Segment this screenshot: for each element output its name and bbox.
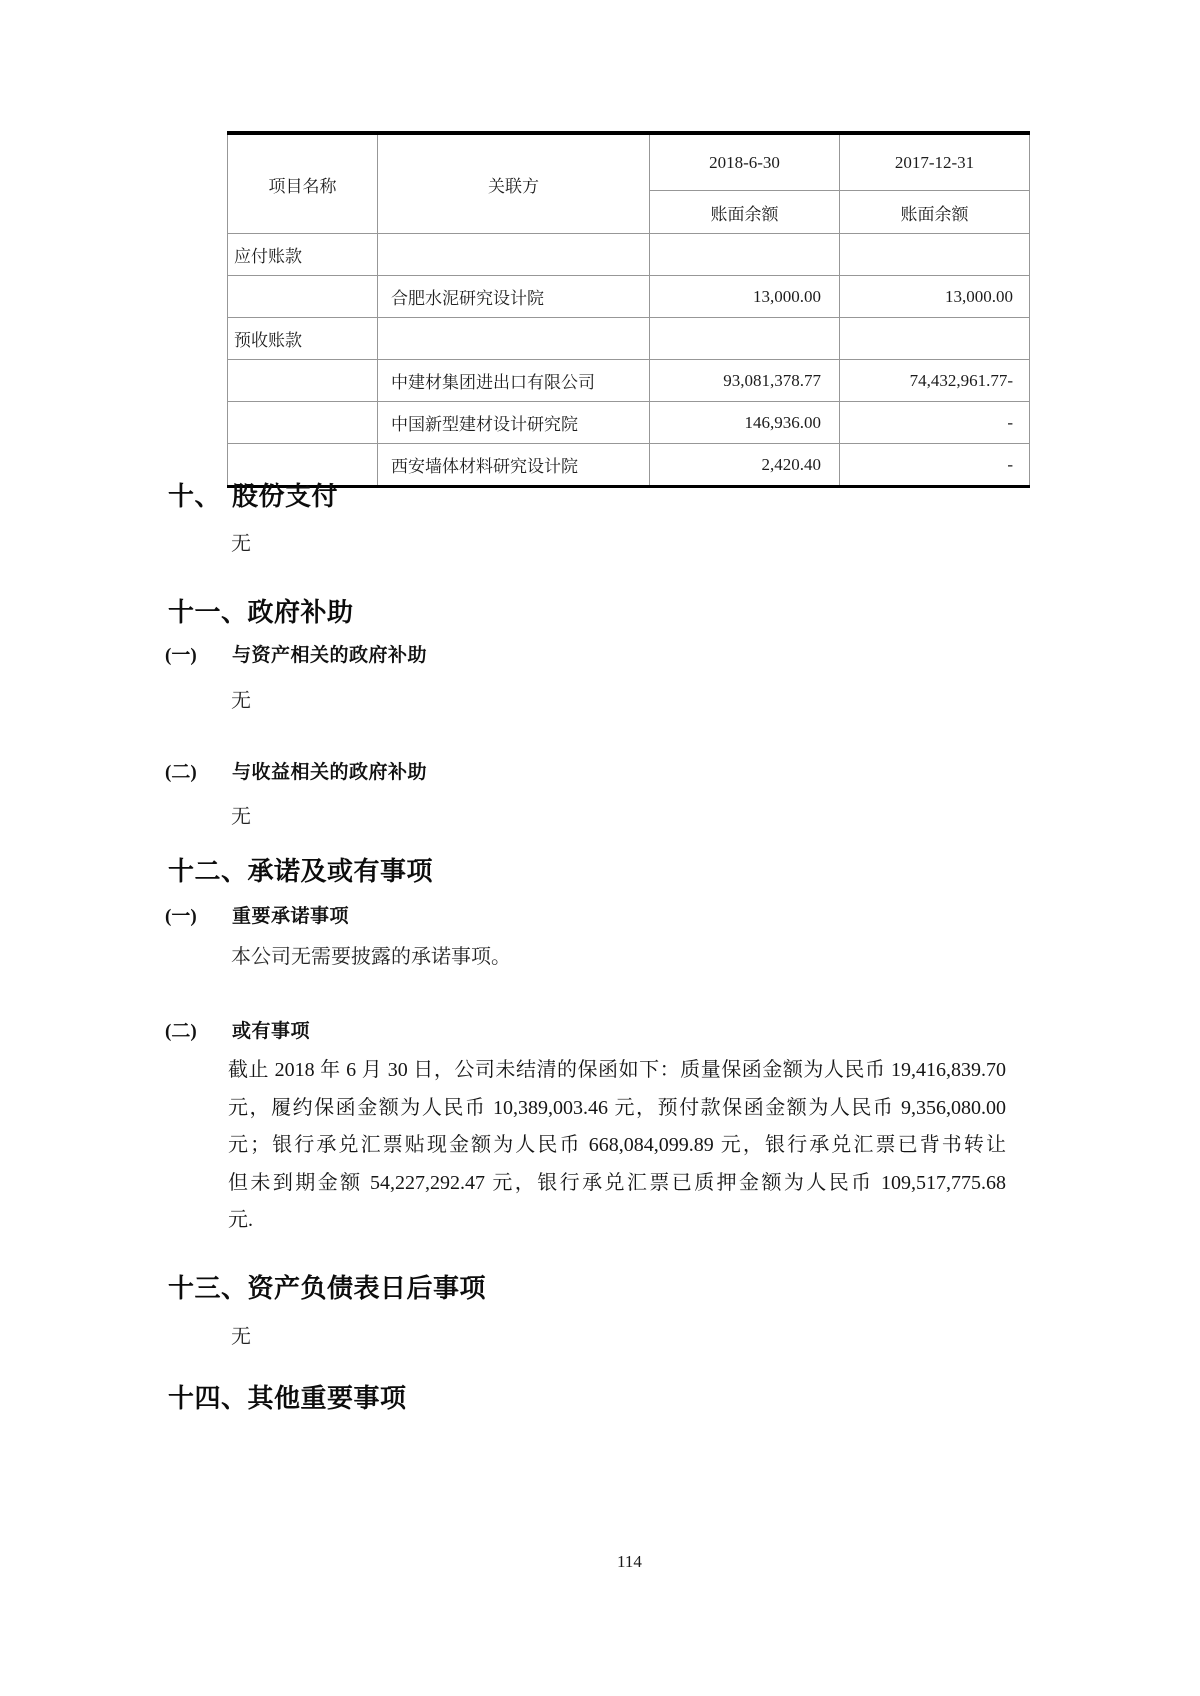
cell-party: 中国新型建材设计研究院 [378,402,650,444]
section-title: 股份支付 [232,481,338,511]
cell-party [378,318,650,360]
paragraph-line: 元，履约保函金额为人民币 10,389,003.46 元，预付款保函金额为人民币… [228,1090,1006,1128]
section-number: 十二、 [168,851,248,888]
cell-item: 应付账款 [228,234,378,276]
paragraph-line: 截止 2018 年 6 月 30 日，公司未结清的保函如下：质量保函金额为人民币… [228,1052,1006,1090]
subsection-title: 与收益相关的政府补助 [232,762,427,783]
table-header-row-dates: 项目名称 关联方 2018-6-30 2017-12-31 [228,133,1030,191]
section-12-sub1-body: 本公司无需要披露的承诺事项。 [231,940,511,969]
section-11-sub2-heading: (二)与收益相关的政府补助 [165,757,427,784]
header-related-party: 关联方 [378,133,650,234]
header-date-2018: 2018-6-30 [650,133,840,191]
section-12-heading: 十二、承诺及或有事项 [168,851,433,888]
cell-item [228,276,378,318]
cell-party: 西安墙体材料研究设计院 [378,444,650,487]
section-11-sub1-body: 无 [231,684,251,713]
subsection-number: (二) [165,757,232,784]
header-item-name: 项目名称 [228,133,378,234]
table-row: 中国新型建材设计研究院 146,936.00 - [228,402,1030,444]
section-11-sub2-body: 无 [231,800,251,829]
subsection-title: 或有事项 [232,1021,310,1042]
cell-balance-2017: 13,000.00 [840,276,1030,318]
cell-balance-2017: - [840,402,1030,444]
cell-balance-2018: 93,081,378.77 [650,360,840,402]
section-number: 十四、 [168,1378,248,1415]
cell-balance-2017 [840,318,1030,360]
header-balance-2017: 账面余额 [840,191,1030,234]
table-row: 应付账款 [228,234,1030,276]
header-date-2017: 2017-12-31 [840,133,1030,191]
section-title: 政府补助 [248,597,354,627]
section-11-sub1-heading: (一)与资产相关的政府补助 [165,640,427,667]
cell-balance-2017: 74,432,961.77- [840,360,1030,402]
cell-balance-2017: - [840,444,1030,487]
related-party-balances-table: 项目名称 关联方 2018-6-30 2017-12-31 账面余额 账面余额 … [227,131,1030,488]
page-number: 114 [617,1552,642,1572]
section-13-body: 无 [231,1320,251,1349]
cell-balance-2018: 2,420.40 [650,444,840,487]
section-13-heading: 十三、资产负债表日后事项 [168,1268,486,1305]
paragraph-line: 但未到期金额 54,227,292.47 元，银行承兑汇票已质押金额为人民币 1… [228,1165,1006,1203]
cell-party: 中建材集团进出口有限公司 [378,360,650,402]
table-row: 西安墙体材料研究设计院 2,420.40 - [228,444,1030,487]
cell-balance-2018 [650,234,840,276]
section-11-heading: 十一、政府补助 [168,592,354,629]
table-row: 预收账款 [228,318,1030,360]
subsection-title: 重要承诺事项 [232,906,349,927]
table-row: 中建材集团进出口有限公司 93,081,378.77 74,432,961.77… [228,360,1030,402]
cell-item: 预收账款 [228,318,378,360]
cell-item [228,360,378,402]
header-balance-2018: 账面余额 [650,191,840,234]
section-number: 十、 [168,476,232,513]
paragraph-line: 元；银行承兑汇票贴现金额为人民币 668,084,099.89 元，银行承兑汇票… [228,1127,1006,1165]
section-title: 资产负债表日后事项 [248,1273,487,1303]
subsection-number: (一) [165,901,232,928]
paragraph-line: 元. [228,1202,1006,1240]
subsection-number: (二) [165,1016,232,1043]
cell-item [228,402,378,444]
cell-party: 合肥水泥研究设计院 [378,276,650,318]
section-10-heading: 十、股份支付 [168,476,338,513]
section-12-sub1-heading: (一)重要承诺事项 [165,901,349,928]
section-number: 十一、 [168,592,248,629]
section-10-body: 无 [231,527,251,556]
section-number: 十三、 [168,1268,248,1305]
cell-party [378,234,650,276]
cell-balance-2018: 13,000.00 [650,276,840,318]
table-row: 合肥水泥研究设计院 13,000.00 13,000.00 [228,276,1030,318]
cell-balance-2018 [650,318,840,360]
subsection-number: (一) [165,640,232,667]
contingency-paragraph: 截止 2018 年 6 月 30 日，公司未结清的保函如下：质量保函金额为人民币… [228,1052,1006,1240]
section-title: 其他重要事项 [248,1383,407,1413]
cell-balance-2017 [840,234,1030,276]
subsection-title: 与资产相关的政府补助 [232,645,427,666]
section-14-heading: 十四、其他重要事项 [168,1378,407,1415]
cell-balance-2018: 146,936.00 [650,402,840,444]
section-12-sub2-heading: (二)或有事项 [165,1016,310,1043]
section-title: 承诺及或有事项 [248,856,434,886]
